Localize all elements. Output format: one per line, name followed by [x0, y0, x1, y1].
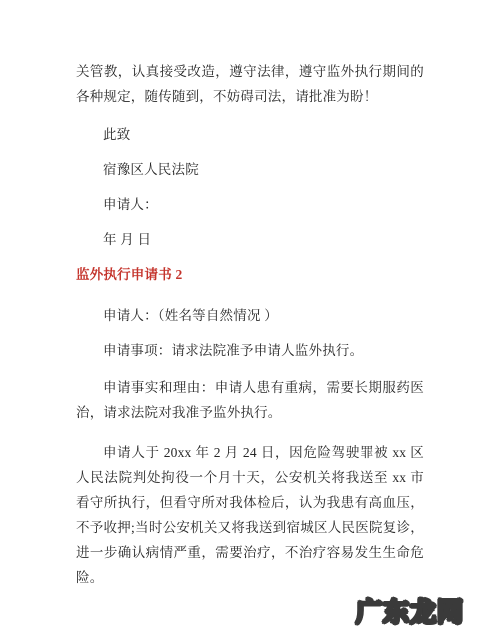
applicant-label-line: 申请人： [76, 192, 424, 217]
section-heading: 监外执行申请书 2 [76, 262, 424, 287]
salute-line: 此致 [76, 122, 424, 147]
facts-paragraph: 申请事实和理由：申请人患有重病，需要长期服药医治，请求法院对我准予监外执行。 [76, 375, 424, 425]
request-line: 申请事项：请求法院准予申请人监外执行。 [76, 338, 424, 363]
date-line: 年 月 日 [76, 227, 424, 252]
document-body: 关管教，认真接受改造，遵守法律，遵守监外执行期间的各种规定，随传随到，不妨碍司法… [76, 59, 424, 590]
continuation-paragraph: 关管教，认真接受改造，遵守法律，遵守监外执行期间的各种规定，随传随到，不妨碍司法… [76, 59, 424, 109]
court-name-line: 宿豫区人民法院 [76, 157, 424, 182]
document-page: 关管教，认真接受改造，遵守法律，遵守监外执行期间的各种规定，随传随到，不妨碍司法… [0, 0, 500, 637]
site-watermark: 广东龙网 [356, 598, 464, 628]
details-paragraph: 申请人于 20xx 年 2 月 24 日，因危险驾驶罪被 xx 区人民法院判处拘… [76, 440, 424, 590]
applicant-info-line: 申请人：（姓名等自然情况 ） [76, 303, 424, 328]
